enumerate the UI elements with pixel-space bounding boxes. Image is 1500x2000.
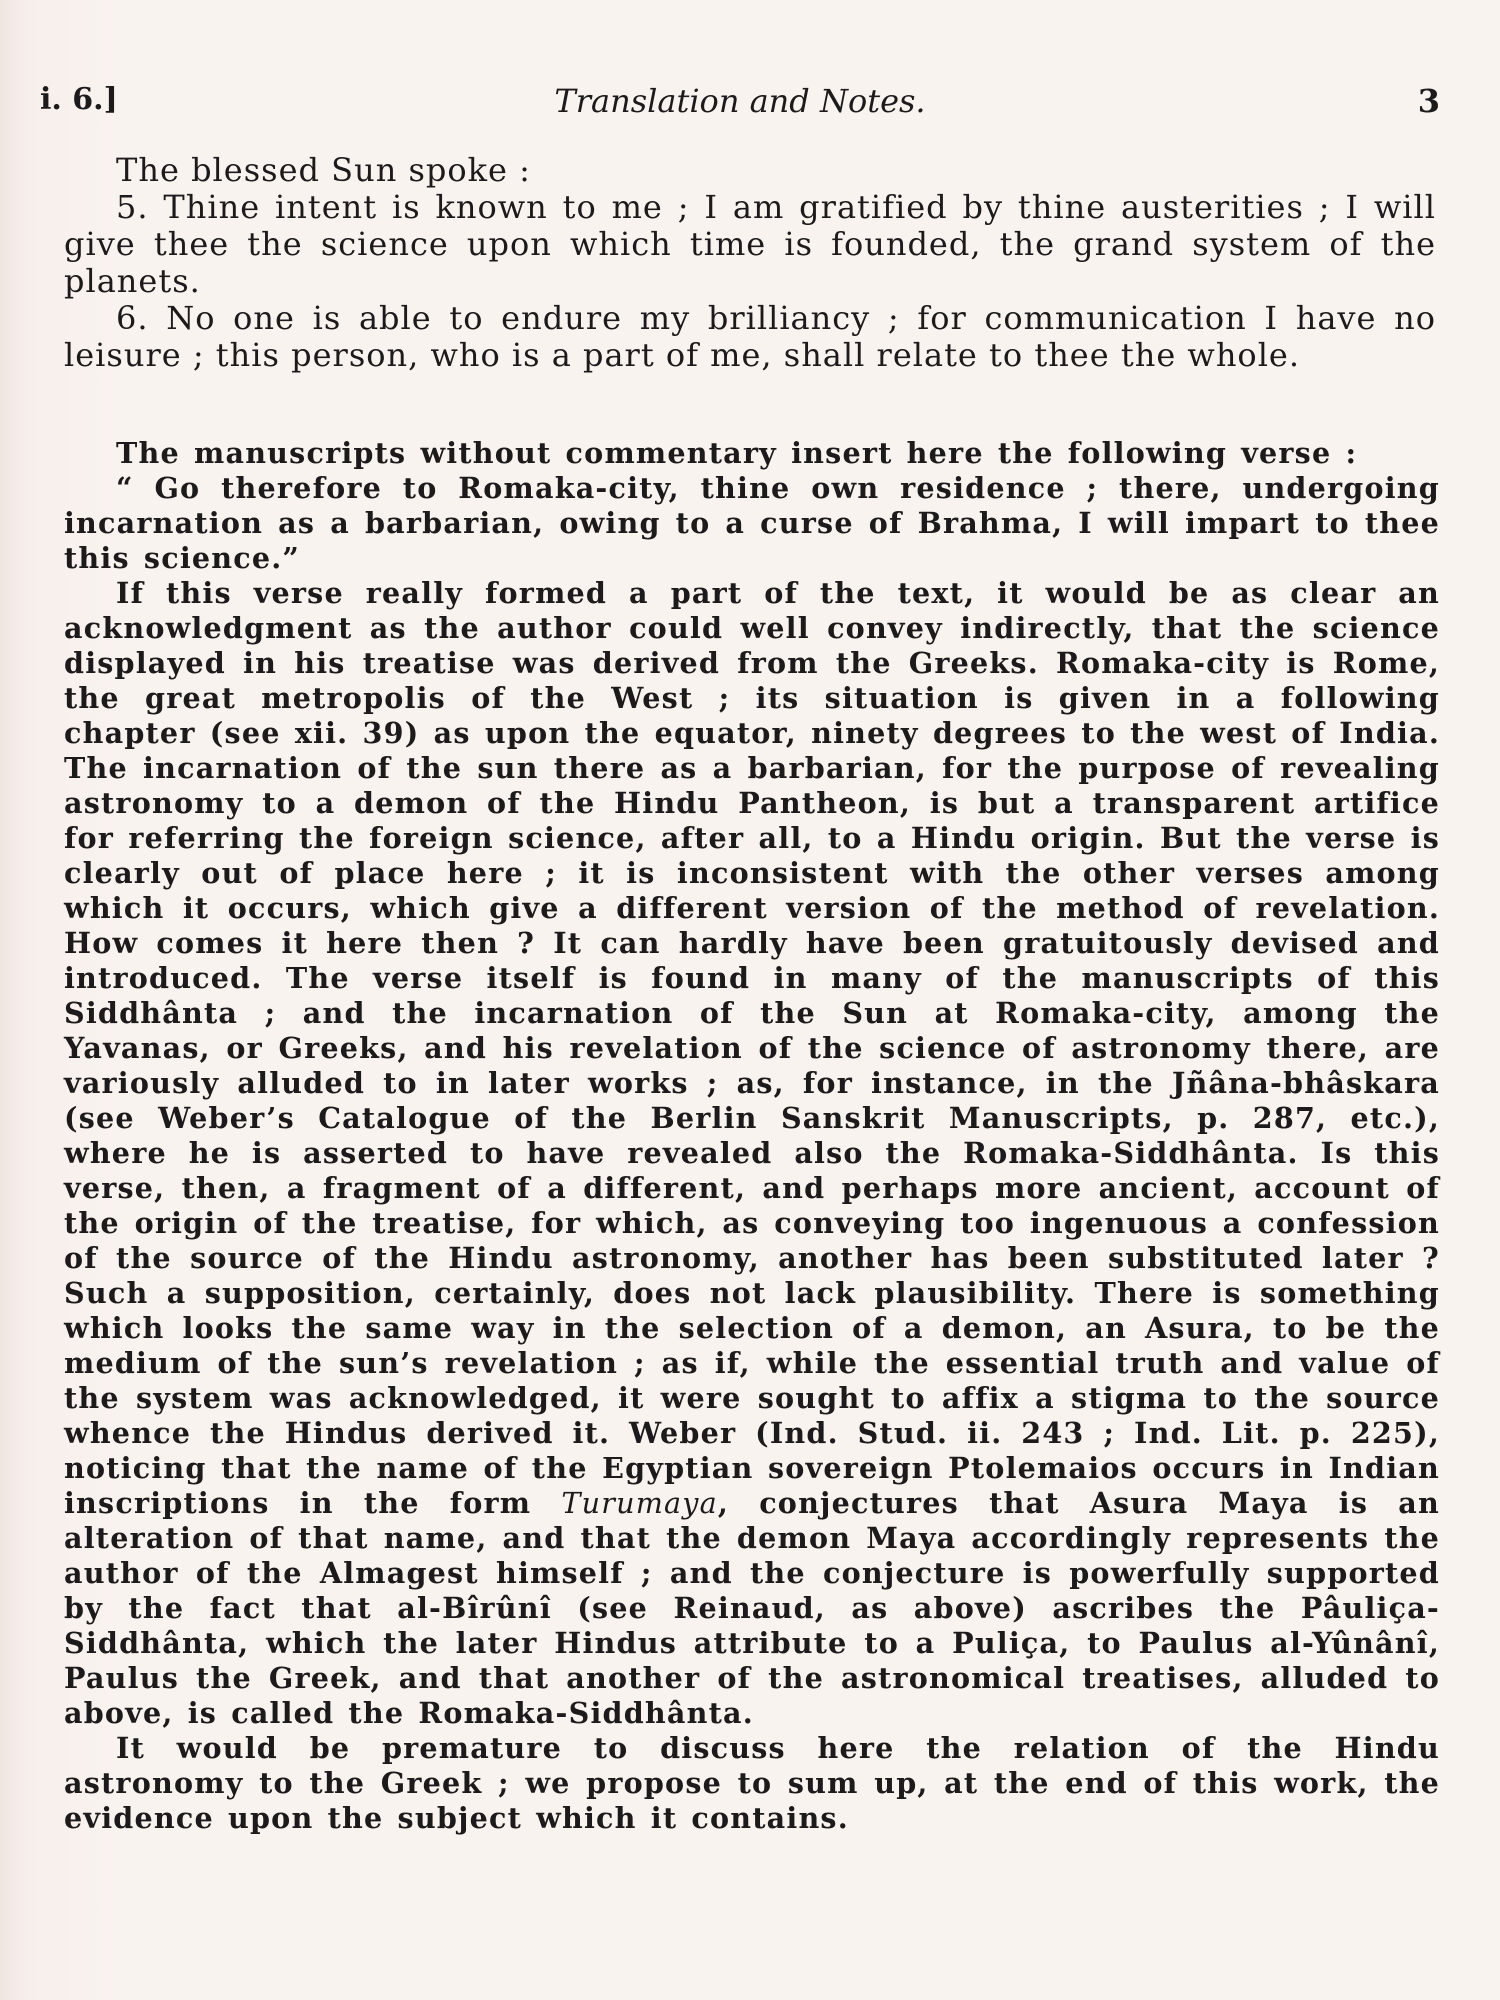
speaker-line: The blessed Sun spoke : [64,152,1436,189]
verse-5: 5. Thine intent is known to me ; I am gr… [64,189,1436,300]
commentary-intro: The manuscripts without commentary inser… [64,436,1440,471]
commentary-paragraph-closing: It would be premature to discuss here th… [64,1731,1440,1836]
commentary-notes: The manuscripts without commentary inser… [64,436,1440,1836]
book-page: i. 6.] Translation and Notes. 3 The bles… [0,0,1500,2000]
translation-verses: The blessed Sun spoke : 5. Thine intent … [64,152,1436,374]
interpolated-verse-quote: “ Go therefore to Romaka-city, thine own… [64,471,1440,576]
running-title: Translation and Notes. [40,82,1440,120]
commentary-text-part-1: If this verse really formed a part of th… [64,576,1440,1520]
commentary-text-part-2: , conjectures that Asura Maya is an alte… [64,1486,1440,1730]
running-header: i. 6.] Translation and Notes. 3 [40,82,1440,122]
verse-6: 6. No one is able to endure my brillianc… [64,300,1436,374]
page-number: 3 [1418,82,1440,120]
commentary-paragraph-main: If this verse really formed a part of th… [64,576,1440,1731]
italic-term-turumaya: Turumaya [561,1486,718,1520]
